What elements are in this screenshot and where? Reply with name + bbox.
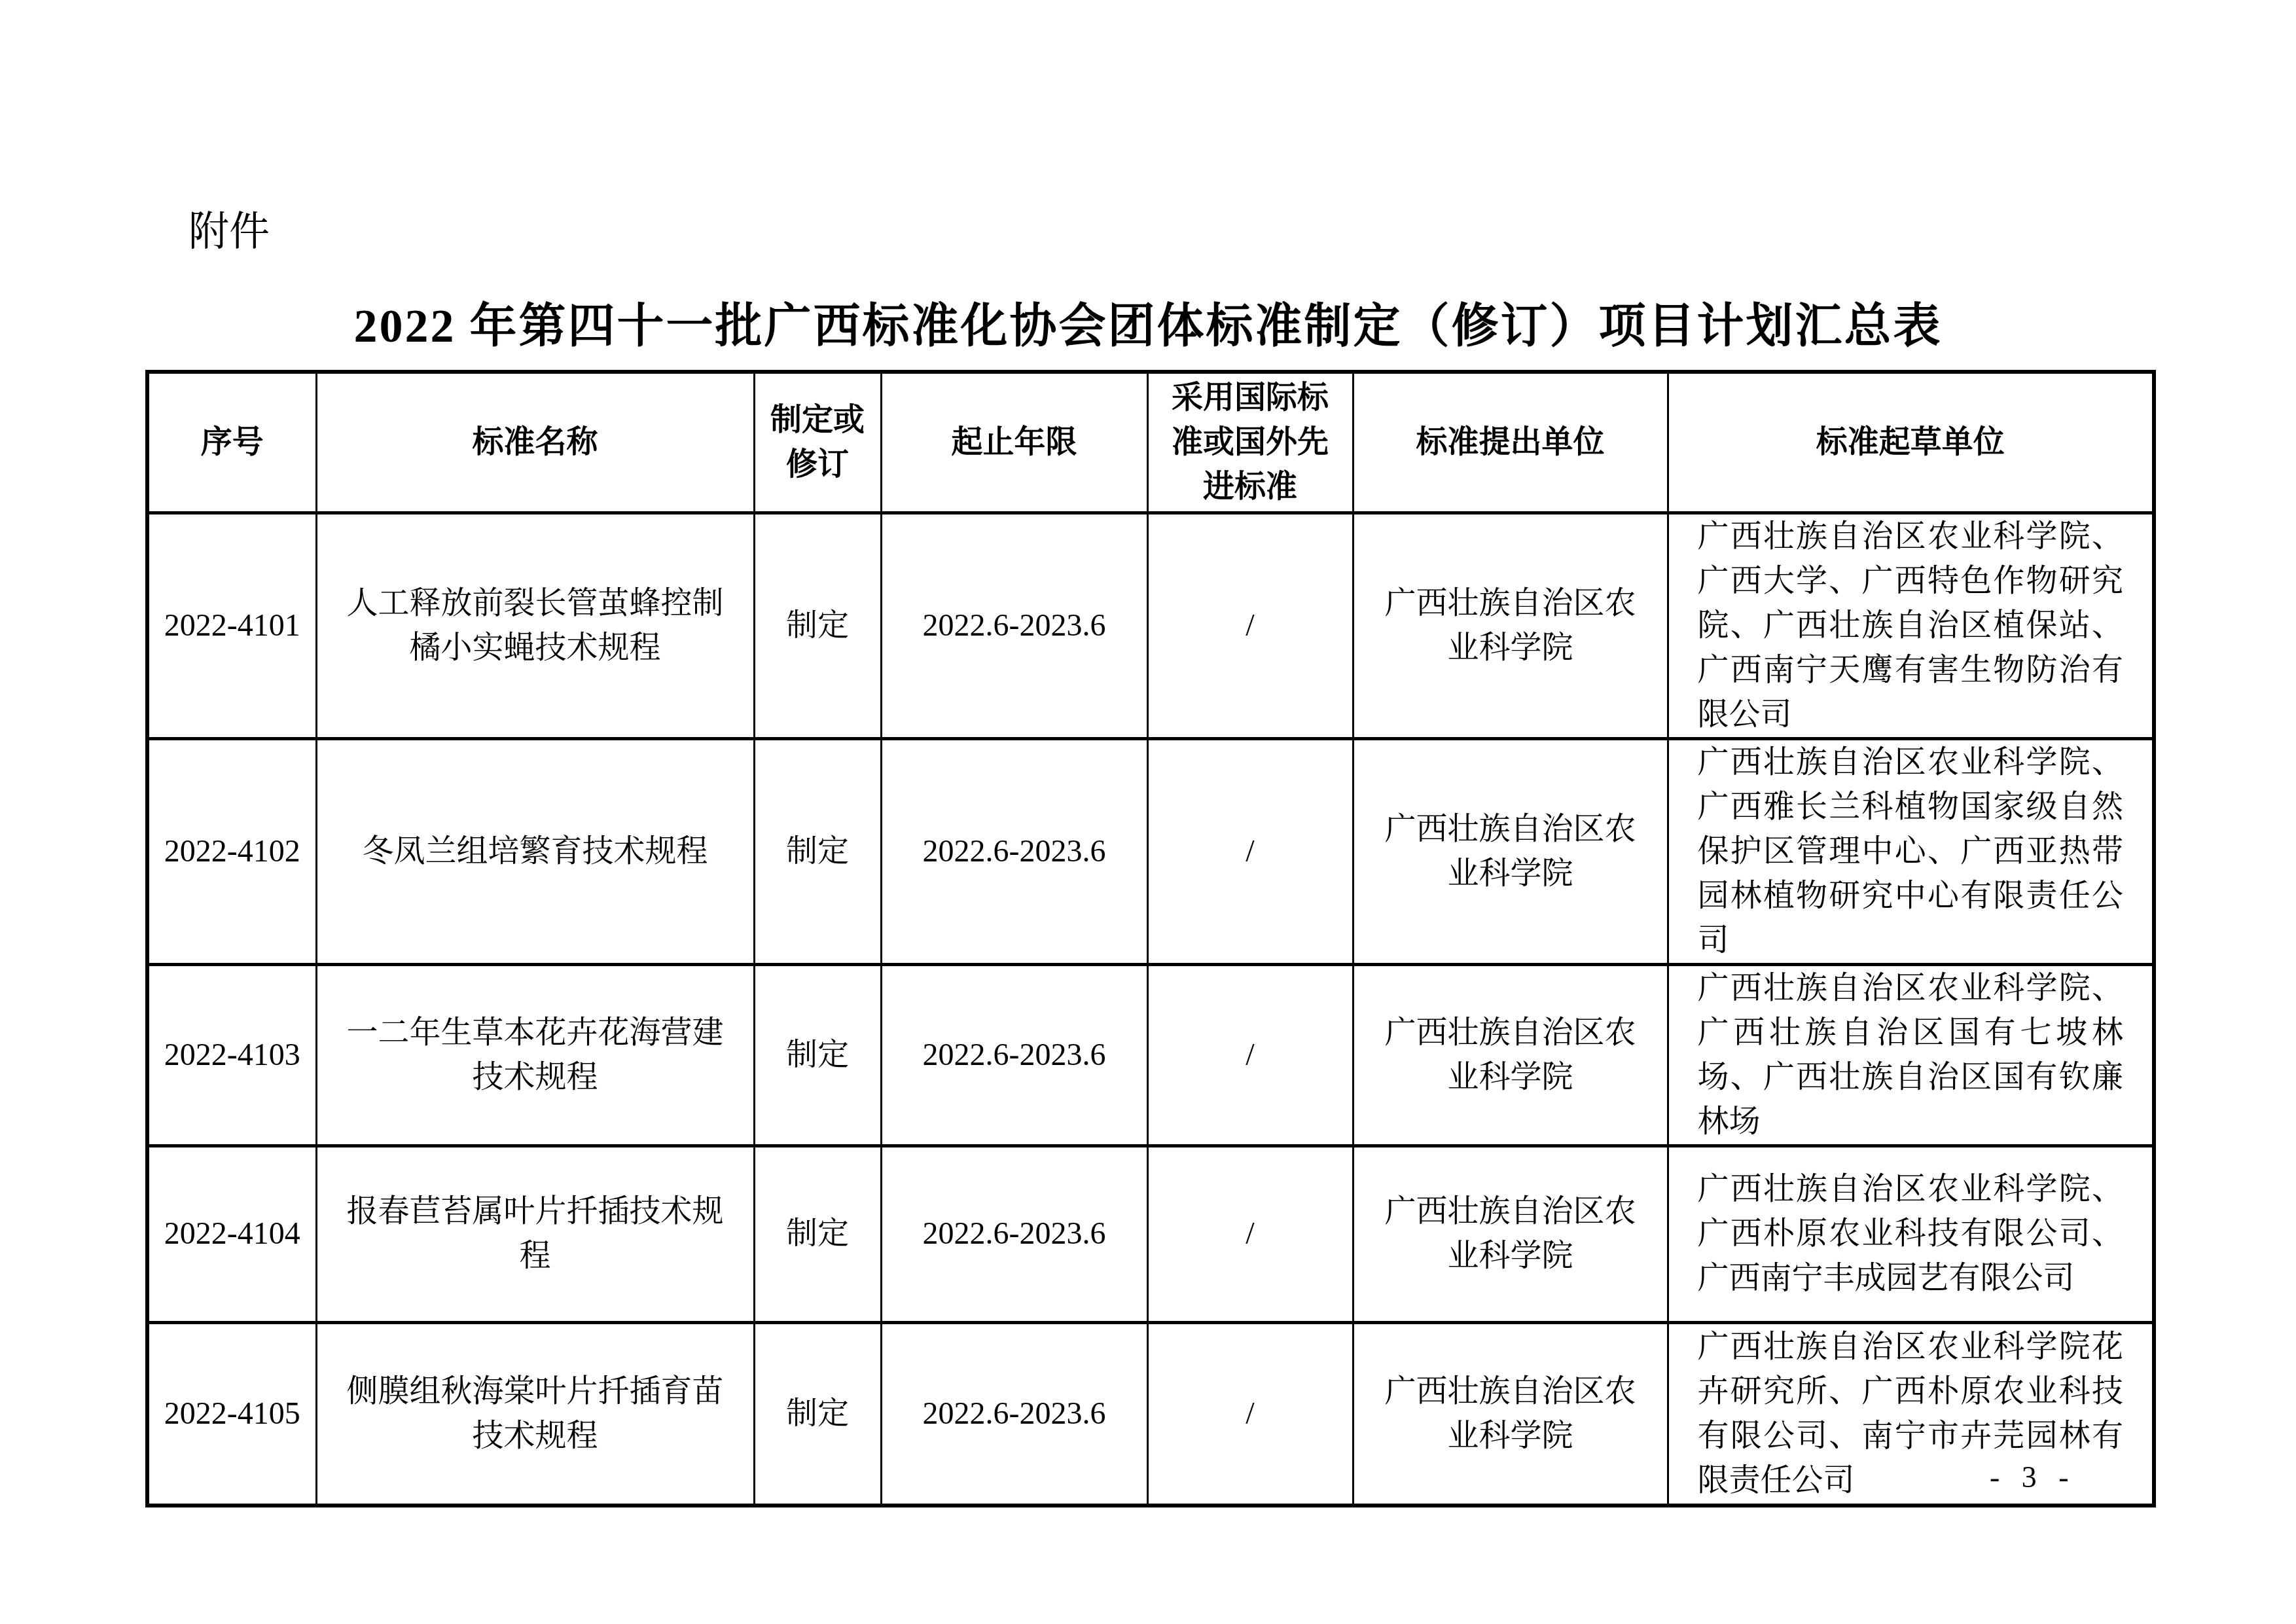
cell-revision-type: 制定 xyxy=(754,1322,881,1506)
table-row: 2022-4104 报春苣苔属叶片扦插技术规程 制定 2022.6-2023.6… xyxy=(147,1146,2154,1322)
cell-intl-standard: / xyxy=(1147,1146,1353,1322)
cell-time-period: 2022.6-2023.6 xyxy=(881,964,1147,1146)
col-header-revision-type: 制定或 修订 xyxy=(754,372,881,513)
cell-time-period: 2022.6-2023.6 xyxy=(881,513,1147,738)
cell-seq: 2022-4105 xyxy=(147,1322,316,1506)
table-row: 2022-4102 冬凤兰组培繁育技术规程 制定 2022.6-2023.6 /… xyxy=(147,738,2154,964)
cell-proposer: 广西壮族自治区农业科学院 xyxy=(1353,1146,1668,1322)
cell-proposer: 广西壮族自治区农业科学院 xyxy=(1353,513,1668,738)
cell-standard-name: 一二年生草本花卉花海营建技术规程 xyxy=(316,964,754,1146)
table-row: 2022-4103 一二年生草本花卉花海营建技术规程 制定 2022.6-202… xyxy=(147,964,2154,1146)
cell-standard-name: 侧膜组秋海棠叶片扦插育苗技术规程 xyxy=(316,1322,754,1506)
cell-proposer: 广西壮族自治区农业科学院 xyxy=(1353,738,1668,964)
cell-seq: 2022-4103 xyxy=(147,964,316,1146)
cell-time-period: 2022.6-2023.6 xyxy=(881,738,1147,964)
cell-intl-standard: / xyxy=(1147,964,1353,1146)
col-header-time-period: 起止年限 xyxy=(881,372,1147,513)
cell-proposer: 广西壮族自治区农业科学院 xyxy=(1353,964,1668,1146)
cell-drafters: 广西壮族自治区农业科学院、广西大学、广西特色作物研究院、广西壮族自治区植保站、广… xyxy=(1668,513,2154,738)
cell-seq: 2022-4104 xyxy=(147,1146,316,1322)
col-header-standard-name: 标准名称 xyxy=(316,372,754,513)
page-number: - 3 - xyxy=(1990,1462,2069,1492)
attachment-label: 附件 xyxy=(188,212,270,253)
page-title: 2022 年第四十一批广西标准化协会团体标准制定（修订）项目计划汇总表 xyxy=(0,302,2296,350)
cell-drafters: 广西壮族自治区农业科学院、广西朴原农业科技有限公司、广西南宁丰成园艺有限公司 xyxy=(1668,1146,2154,1322)
cell-intl-standard: / xyxy=(1147,1322,1353,1506)
cell-proposer: 广西壮族自治区农业科学院 xyxy=(1353,1322,1668,1506)
col-header-intl-standard: 采用国际标 准或国外先 进标准 xyxy=(1147,372,1353,513)
table-header-row: 序号 标准名称 制定或 修订 起止年限 采用国际标 准或国外先 进标准 标准提出… xyxy=(147,372,2154,513)
col-header-proposer: 标准提出单位 xyxy=(1353,372,1668,513)
cell-standard-name: 冬凤兰组培繁育技术规程 xyxy=(316,738,754,964)
cell-revision-type: 制定 xyxy=(754,513,881,738)
cell-drafters: 广西壮族自治区农业科学院、广西雅长兰科植物国家级自然保护区管理中心、广西亚热带园… xyxy=(1668,738,2154,964)
cell-drafters: 广西壮族自治区农业科学院花卉研究所、广西朴原农业科技有限公司、南宁市卉芫园林有限… xyxy=(1668,1322,2154,1506)
cell-standard-name: 人工释放前裂长管茧蜂控制橘小实蝇技术规程 xyxy=(316,513,754,738)
cell-intl-standard: / xyxy=(1147,738,1353,964)
table-row: 2022-4101 人工释放前裂长管茧蜂控制橘小实蝇技术规程 制定 2022.6… xyxy=(147,513,2154,738)
cell-revision-type: 制定 xyxy=(754,1146,881,1322)
cell-drafters: 广西壮族自治区农业科学院、广西壮族自治区国有七坡林场、广西壮族自治区国有钦廉林场 xyxy=(1668,964,2154,1146)
document-page: 附件 2022 年第四十一批广西标准化协会团体标准制定（修订）项目计划汇总表 序… xyxy=(0,0,2296,1624)
col-header-drafters: 标准起草单位 xyxy=(1668,372,2154,513)
cell-time-period: 2022.6-2023.6 xyxy=(881,1322,1147,1506)
table-row: 2022-4105 侧膜组秋海棠叶片扦插育苗技术规程 制定 2022.6-202… xyxy=(147,1322,2154,1506)
cell-standard-name: 报春苣苔属叶片扦插技术规程 xyxy=(316,1146,754,1322)
cell-seq: 2022-4101 xyxy=(147,513,316,738)
cell-time-period: 2022.6-2023.6 xyxy=(881,1146,1147,1322)
cell-seq: 2022-4102 xyxy=(147,738,316,964)
cell-revision-type: 制定 xyxy=(754,738,881,964)
standards-plan-table: 序号 标准名称 制定或 修订 起止年限 采用国际标 准或国外先 进标准 标准提出… xyxy=(145,370,2156,1507)
cell-intl-standard: / xyxy=(1147,513,1353,738)
cell-revision-type: 制定 xyxy=(754,964,881,1146)
col-header-seq: 序号 xyxy=(147,372,316,513)
